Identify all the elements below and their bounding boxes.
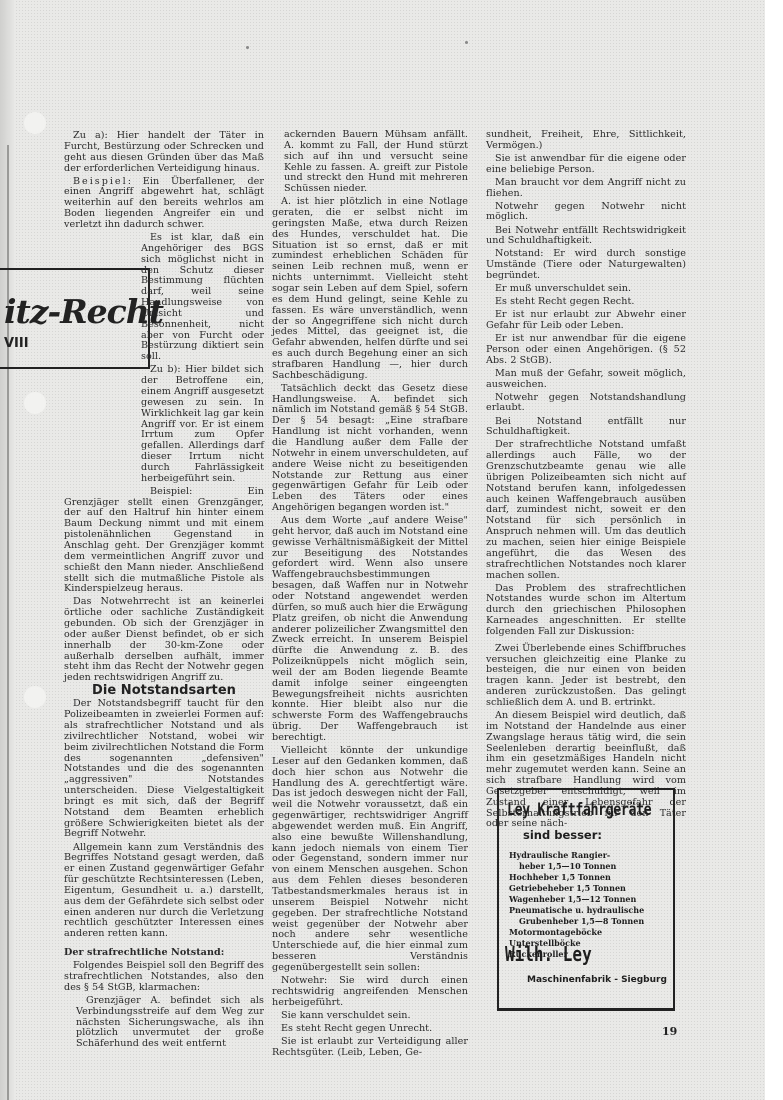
ad-subtitle: sind besser: (523, 828, 602, 842)
ad-product-item: Getriebeheber 1,5 Tonnen (509, 883, 644, 894)
paragraph: Notwehr: Sie wird durch einen rechtswidr… (272, 976, 468, 1009)
ad-company-location: Maschinenfabrik - Siegburg (527, 975, 667, 985)
advertisement-box: Ley Kraftfahrgeräte sind besser: Hydraul… (497, 788, 675, 1011)
paragraph: Sie ist anwendbar für die eigene oder ei… (486, 154, 686, 176)
paragraph: Der strafrechtliche Notstand umfaßt alle… (486, 440, 686, 581)
ad-product-item: Grubenheber 1,5—8 Tonnen (509, 916, 644, 927)
ad-company-name: Wilh. Ley (505, 942, 592, 966)
subheading: Der strafrechtliche Notstand: (64, 948, 264, 959)
paragraph: Notwehr gegen Notwehr nicht möglich. (486, 202, 686, 224)
ad-product-item: Hochheber 1,5 Tonnen (509, 872, 644, 883)
ad-product-item: heber 1,5—10 Tonnen (509, 861, 644, 872)
paragraph: Er muß unverschuldet sein. (486, 284, 686, 295)
paragraph: Es steht Recht gegen Unrecht. (272, 1024, 468, 1035)
paragraph: Das Problem des strafrechtlichen Notstan… (486, 584, 686, 638)
inset-example: Grenzjäger A. befindet sich als Verbindu… (64, 996, 264, 1050)
paragraph: Allgemein kann zum Verständnis des Begri… (64, 843, 264, 941)
column-2: ackernden Bauern Mühsam anfällt. A. komm… (272, 130, 468, 1061)
paragraph: Bei Notwehr entfällt Rechtswidrigkeit un… (486, 226, 686, 248)
paragraph: Aus dem Worte „auf andere Weise" geht he… (272, 516, 468, 744)
section-heading: Die Notstandsarten (64, 686, 264, 697)
document-page: itz-Recht VIII Zu a): Hier handelt der T… (0, 0, 765, 1100)
paragraph: A. ist hier plötzlich in eine Notlage ge… (272, 197, 468, 381)
print-speck (465, 41, 468, 44)
ad-product-item: Pneumatische u. hydraulische (509, 905, 644, 916)
column-3: sundheit, Freiheit, Ehre, Sittlichkeit, … (486, 130, 686, 832)
title-box-wrap-space (0, 351, 135, 496)
paragraph: Es steht Recht gegen Recht. (486, 297, 686, 308)
ad-product-item: Hydraulische Rangier- (509, 850, 644, 861)
ad-product-item: Wagenheber 1,5—12 Tonnen (509, 894, 644, 905)
example-label: Beispiel (73, 176, 128, 187)
print-speck (246, 46, 249, 49)
paragraph: Vielleicht könnte der unkundige Leser au… (272, 746, 468, 974)
paragraph: Tatsächlich deckt das Gesetz diese Handl… (272, 384, 468, 514)
inset-example-continued: ackernden Bauern Mühsam anfällt. A. komm… (272, 130, 468, 195)
column-1: Zu a): Hier handelt der Täter in Furcht,… (64, 131, 264, 1052)
punch-hole-mark (24, 686, 46, 708)
paragraph: Sie ist erlaubt zur Verteidigung aller R… (272, 1037, 468, 1059)
paragraph: Bei Notstand entfällt nur Schuldhaftigke… (486, 417, 686, 439)
paragraph: Notwehr gegen Notstandshandlung erlaubt. (486, 393, 686, 415)
paragraph: Er ist nur erlaubt zur Abwehr einer Gefa… (486, 310, 686, 332)
example-paragraph: Beispiel: Ein Überfallener, der einen An… (64, 177, 264, 231)
paragraph: Folgendes Beispiel soll den Begriff des … (64, 961, 264, 994)
inset-example: Zwei Überlebende eines Schiffbruches ver… (486, 644, 686, 709)
paragraph: Zu a): Hier handelt der Täter in Furcht,… (64, 131, 264, 174)
page-number: 19 (662, 1025, 677, 1038)
paragraph: Man braucht vor dem Angriff nicht zu fli… (486, 178, 686, 200)
paragraph: Sie kann verschuldet sein. (272, 1011, 468, 1022)
paragraph: Das Notwehrrecht ist an keinerlei örtlic… (64, 597, 264, 684)
paragraph: sundheit, Freiheit, Ehre, Sittlichkeit, … (486, 130, 686, 152)
series-part-number: VIII (4, 336, 29, 351)
ad-title: Ley Kraftfahrgeräte (507, 800, 651, 820)
ad-product-item: Motormontageböcke (509, 927, 644, 938)
paragraph: Beispiel: Ein Grenzjäger stellt einen Gr… (64, 487, 264, 595)
paragraph: Notstand: Er wird durch sonstige Umständ… (486, 249, 686, 282)
punch-hole-mark (24, 112, 46, 134)
paragraph: Er ist nur anwendbar für die eigene Pers… (486, 334, 686, 367)
paragraph: Man muß der Gefahr, soweit möglich, ausw… (486, 369, 686, 391)
paragraph: Es ist klar, daß ein Angehöriger des BGS… (64, 233, 264, 363)
paragraph: Der Notstandsbegriff taucht für den Poli… (64, 699, 264, 840)
